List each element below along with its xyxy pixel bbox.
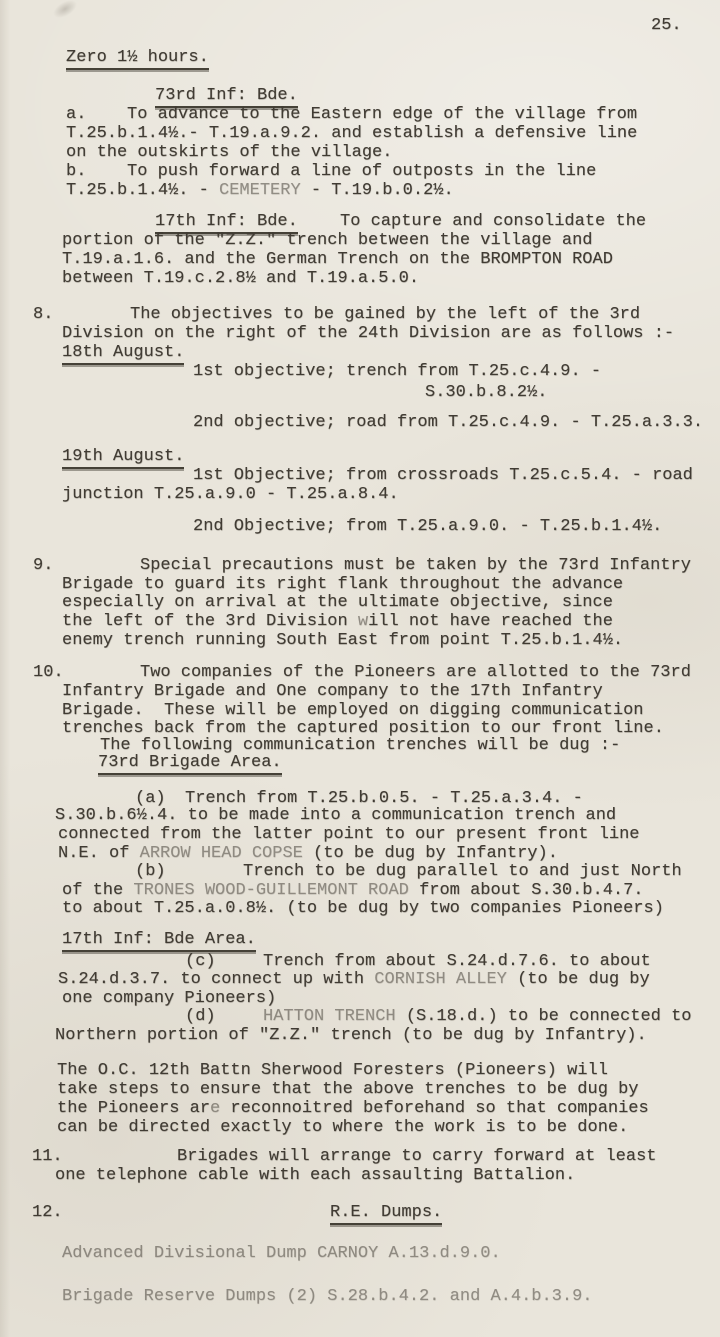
doc-line: enemy trench running South East from poi… xyxy=(0,631,720,651)
doc-line: Division on the right of the 24th Divisi… xyxy=(0,324,720,344)
doc-text: especially on arrival at the ultimate ob… xyxy=(62,593,613,612)
doc-text: 19th August. xyxy=(62,447,184,466)
doc-line: Advanced Divisional Dump CARNOY A.13.d.9… xyxy=(0,1244,720,1264)
doc-text: T.25.b.1.4½.- T.19.a.9.2. and establish … xyxy=(66,124,637,143)
doc-line: S.30.b.8.2½. xyxy=(0,383,720,403)
doc-line: 19th August. xyxy=(0,447,720,467)
doc-line: 73rd Inf: Bde. xyxy=(0,86,720,106)
doc-text: one telephone cable with each assaulting… xyxy=(55,1166,575,1185)
doc-line: Brigade to guard its right flank through… xyxy=(0,575,720,595)
doc-text: junction T.25.a.9.0 - T.25.a.8.4. xyxy=(62,485,399,504)
doc-line: of the TRONES WOOD-GUILLEMONT ROAD from … xyxy=(0,881,720,901)
doc-text: The objectives to be gained by the left … xyxy=(130,305,640,324)
doc-line: The O.C. 12th Battn Sherwood Foresters (… xyxy=(0,1061,720,1081)
doc-text: 11. xyxy=(32,1147,63,1166)
doc-text: one company Pioneers) xyxy=(62,989,276,1008)
doc-text: S.30.b.8.2½. xyxy=(425,383,547,402)
doc-line: b.To push forward a line of outposts in … xyxy=(0,162,720,182)
doc-line: (c)Trench from about S.24.d.7.6. to abou… xyxy=(0,952,720,972)
doc-line: portion of the "Z.Z." trench between the… xyxy=(0,231,720,251)
doc-line: 1st Objective; from crossroads T.25.c.5.… xyxy=(0,466,720,486)
doc-text: Brigades will arrange to carry forward a… xyxy=(177,1147,656,1166)
doc-text: 1st objective; trench from T.25.c.4.9. - xyxy=(193,362,601,381)
doc-text: R.E. Dumps. xyxy=(330,1203,442,1222)
doc-line: Brigade. These will be employed on diggi… xyxy=(0,701,720,721)
doc-text: Zero 1½ hours. xyxy=(66,48,209,67)
doc-text: enemy trench running South East from poi… xyxy=(62,631,623,650)
doc-line: Northern portion of "Z.Z." trench (to be… xyxy=(0,1026,720,1046)
doc-line: T.25.b.1.4½. - CEMETERY - T.19.b.0.2½. xyxy=(0,181,720,201)
doc-text: 73rd Brigade Area. xyxy=(98,753,282,772)
doc-text: portion of the "Z.Z." trench between the… xyxy=(62,231,593,250)
doc-line: 10.Two companies of the Pioneers are all… xyxy=(0,663,720,683)
doc-text: a. xyxy=(66,105,86,124)
paper-smudge xyxy=(50,0,80,22)
doc-text: connected from the latter point to our p… xyxy=(58,825,640,844)
doc-line: 2nd Objective; from T.25.a.9.0. - T.25.b… xyxy=(0,517,720,537)
doc-line: 73rd Brigade Area. xyxy=(0,753,720,773)
doc-text: 73rd Inf: Bde. xyxy=(155,86,298,105)
doc-text: Brigade Reserve Dumps (2) S.28.b.4.2. an… xyxy=(62,1287,593,1306)
doc-text: 17th Inf: Bde Area. xyxy=(62,930,256,949)
doc-line: (b)Trench to be dug parallel to and just… xyxy=(0,862,720,882)
doc-text: Brigade to guard its right flank through… xyxy=(62,575,623,594)
doc-line: on the outskirts of the village. xyxy=(0,143,720,163)
doc-text: Infantry Brigade and One company to the … xyxy=(62,682,603,701)
doc-text: Advanced Divisional Dump CARNOY A.13.d.9… xyxy=(62,1244,501,1263)
doc-text: can be directed exactly to where the wor… xyxy=(57,1118,628,1137)
doc-line: 18th August. xyxy=(0,343,720,363)
doc-text: Division on the right of the 24th Divisi… xyxy=(62,324,674,343)
doc-line: connected from the latter point to our p… xyxy=(0,825,720,845)
doc-text: 2nd objective; road from T.25.c.4.9. - T… xyxy=(193,413,703,432)
doc-line: between T.19.c.2.8½ and T.19.a.5.0. xyxy=(0,269,720,289)
doc-text: 1st Objective; from crossroads T.25.c.5.… xyxy=(193,466,693,485)
doc-text: (b) xyxy=(135,862,166,881)
doc-text: Northern portion of "Z.Z." trench (to be… xyxy=(55,1026,647,1045)
doc-line: a.To advance to the Eastern edge of the … xyxy=(0,105,720,125)
doc-line: 12.R.E. Dumps. xyxy=(0,1203,720,1223)
doc-text: N.E. of ARROW HEAD COPSE (to be dug by I… xyxy=(58,844,558,863)
doc-text: the left of the 3rd Division will not ha… xyxy=(62,612,613,631)
doc-text: S.24.d.3.7. to connect up with CORNISH A… xyxy=(58,970,650,989)
doc-text: between T.19.c.2.8½ and T.19.a.5.0. xyxy=(62,269,419,288)
doc-text: Brigade. These will be employed on diggi… xyxy=(62,701,644,720)
document-page: 25. Zero 1½ hours.73rd Inf: Bde.a.To adv… xyxy=(0,0,720,1337)
doc-text: on the outskirts of the village. xyxy=(66,143,392,162)
doc-line: 1st objective; trench from T.25.c.4.9. - xyxy=(0,362,720,382)
page-number: 25. xyxy=(651,16,682,35)
doc-text: the Pioneers are reconnoitred beforehand… xyxy=(57,1099,649,1118)
doc-text: The O.C. 12th Battn Sherwood Foresters (… xyxy=(57,1061,608,1080)
doc-line: the left of the 3rd Division will not ha… xyxy=(0,612,720,632)
doc-text: b. xyxy=(66,162,86,181)
doc-text: 12. xyxy=(32,1203,63,1222)
doc-text: To advance to the Eastern edge of the vi… xyxy=(127,105,637,124)
doc-line: 9.Special precautions must be taken by t… xyxy=(0,556,720,576)
doc-line: one telephone cable with each assaulting… xyxy=(0,1166,720,1186)
doc-text: S.30.b.6½.4. to be made into a communica… xyxy=(55,806,616,825)
doc-line: junction T.25.a.9.0 - T.25.a.8.4. xyxy=(0,485,720,505)
doc-line: take steps to ensure that the above tren… xyxy=(0,1080,720,1100)
doc-text: Trench from about S.24.d.7.6. to about xyxy=(263,952,651,971)
doc-text: to about T.25.a.0.8½. (to be dug by two … xyxy=(62,899,664,918)
doc-text: 17th Inf: Bde. xyxy=(155,212,298,231)
doc-text: 18th August. xyxy=(62,343,184,362)
doc-line: Infantry Brigade and One company to the … xyxy=(0,682,720,702)
doc-text: T.25.b.1.4½. - CEMETERY - T.19.b.0.2½. xyxy=(66,181,454,200)
doc-line: the Pioneers are reconnoitred beforehand… xyxy=(0,1099,720,1119)
doc-text: HATTON TRENCH (S.18.d.) to be connected … xyxy=(263,1007,691,1026)
doc-line: T.19.a.1.6. and the German Trench on the… xyxy=(0,250,720,270)
doc-text: of the TRONES WOOD-GUILLEMONT ROAD from … xyxy=(62,881,644,900)
doc-line: one company Pioneers) xyxy=(0,989,720,1009)
doc-line: Zero 1½ hours. xyxy=(0,48,720,68)
doc-text: 8. xyxy=(33,305,53,324)
doc-line: T.25.b.1.4½.- T.19.a.9.2. and establish … xyxy=(0,124,720,144)
doc-line: especially on arrival at the ultimate ob… xyxy=(0,593,720,613)
doc-line: 2nd objective; road from T.25.c.4.9. - T… xyxy=(0,413,720,433)
doc-line: (d)HATTON TRENCH (S.18.d.) to be connect… xyxy=(0,1007,720,1027)
doc-text: (c) xyxy=(185,952,216,971)
doc-line: Brigade Reserve Dumps (2) S.28.b.4.2. an… xyxy=(0,1287,720,1307)
doc-text: (d) xyxy=(185,1007,216,1026)
doc-text: take steps to ensure that the above tren… xyxy=(57,1080,639,1099)
doc-text: 9. xyxy=(33,556,53,575)
doc-line: can be directed exactly to where the wor… xyxy=(0,1118,720,1138)
doc-text: 2nd Objective; from T.25.a.9.0. - T.25.b… xyxy=(193,517,662,536)
doc-text: Two companies of the Pioneers are allott… xyxy=(140,663,691,682)
doc-line: N.E. of ARROW HEAD COPSE (to be dug by I… xyxy=(0,844,720,864)
doc-text: Special precautions must be taken by the… xyxy=(140,556,691,575)
doc-text: To capture and consolidate the xyxy=(340,212,646,231)
doc-text: 10. xyxy=(33,663,64,682)
doc-line: S.30.b.6½.4. to be made into a communica… xyxy=(0,806,720,826)
doc-line: 8.The objectives to be gained by the lef… xyxy=(0,305,720,325)
doc-line: 17th Inf: Bde Area. xyxy=(0,930,720,950)
doc-line: 11.Brigades will arrange to carry forwar… xyxy=(0,1147,720,1167)
doc-text: Trench to be dug parallel to and just No… xyxy=(243,862,682,881)
doc-text: T.19.a.1.6. and the German Trench on the… xyxy=(62,250,613,269)
doc-line: 17th Inf: Bde.To capture and consolidate… xyxy=(0,212,720,232)
doc-line: S.24.d.3.7. to connect up with CORNISH A… xyxy=(0,970,720,990)
doc-text: To push forward a line of outposts in th… xyxy=(127,162,596,181)
doc-line: to about T.25.a.0.8½. (to be dug by two … xyxy=(0,899,720,919)
